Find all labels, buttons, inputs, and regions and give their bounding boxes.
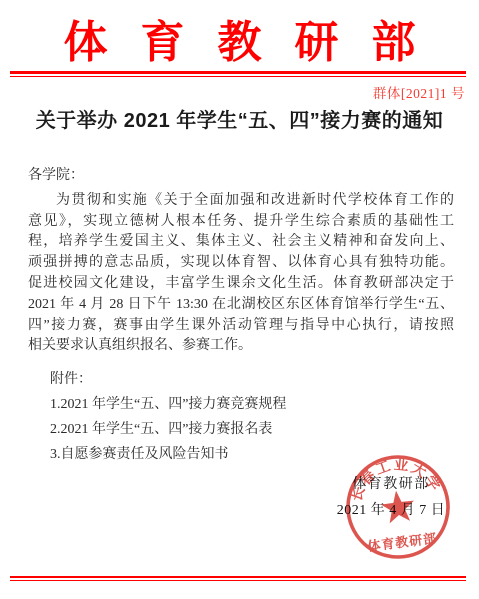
official-seal: 长春工业大学 体育教研部 [336,445,461,570]
paragraph-line: 四”接力赛，赛事由学生课外活动管理与指导中心执行，请按照 [28,316,454,337]
attachment-item: 1.2021 年学生“五、四”接力赛竞赛规程 [50,392,430,417]
notice-document: 体育教研部 群体[2021]1 号 关于举办 2021 年学生“五、四”接力赛的… [0,0,479,599]
paragraph-line: 促进校园文化建设，丰富学生课余文化生活。体育教研部决定于 [28,274,454,295]
salutation: 各学院： [28,166,454,187]
seal-department-text: 体育教研部 [367,531,438,554]
paragraph-line: 相关要求认真组织报名、参赛工作。 [28,336,454,357]
paragraph-line: 意见》，实现立德树人根本任务、提升学生综合素质的基础性工 [28,212,454,233]
seal-graphic: 长春工业大学 体育教研部 [336,445,461,570]
footer-divider [10,576,466,581]
notice-body: 各学院： 为贯彻和实施《关于全面加强和改进新时代学校体育工作的 意见》，实现立德… [28,166,454,357]
paragraph-line: 2021 年 4 月 28 日下午 13:30 在北湖校区东区体育馆举行学生“五… [28,295,454,316]
star-icon [380,489,417,525]
attachments-label: 附件： [50,367,430,392]
doc-number: 群体[2021]1 号 [373,82,465,102]
paragraph-line: 顽强拼搏的意志品质，实现以体育智、以体育心具有独特功能。 [28,253,454,274]
paragraph-line: 为贯彻和实施《关于全面加强和改进新时代学校体育工作的 [28,191,454,212]
masthead-title: 体育教研部 [0,6,479,70]
attachments-section: 附件： 1.2021 年学生“五、四”接力赛竞赛规程 2.2021 年学生“五、… [50,367,430,467]
notice-title: 关于举办 2021 年学生“五、四”接力赛的通知 [0,104,479,133]
attachment-item: 2.2021 年学生“五、四”接力赛报名表 [50,417,430,442]
paragraph-line: 程，培养学生爱国主义、集体主义、社会主义精神和奋发向上、 [28,232,454,253]
header-divider [10,71,466,77]
